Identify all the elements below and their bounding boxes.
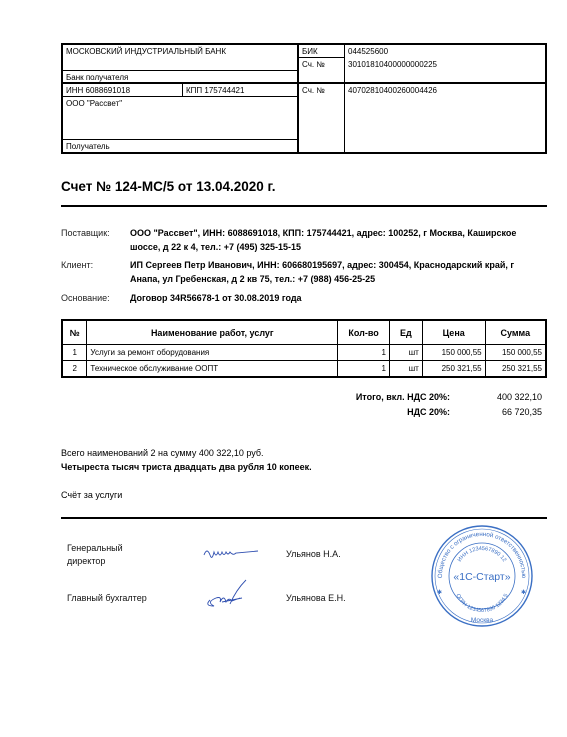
stamp-ogrn: ОГРН 1234567890 1234 5: [454, 593, 509, 614]
table-row: 1 Услуги за ремонт оборудования 1 шт 150…: [62, 345, 546, 361]
basis-label: Основание:: [61, 291, 110, 305]
account-label: Сч. №: [299, 84, 328, 97]
account-value: 40702810400260004426: [345, 84, 440, 97]
items-count-line: Всего наименований 2 на сумму 400 322,10…: [61, 448, 264, 458]
director-signature-icon: [200, 545, 266, 565]
row-unit: шт: [389, 361, 422, 378]
stamp-center: «1С-Старт»: [453, 571, 510, 583]
title-rule: [61, 205, 547, 207]
row-unit: шт: [389, 345, 422, 361]
basis-value: Договор 34R56678-1 от 30.08.2019 года: [130, 291, 540, 305]
supplier-value: ООО "Рассвет", ИНН: 6088691018, КПП: 175…: [130, 226, 540, 254]
row-price: 150 000,55: [422, 345, 485, 361]
svg-text:ОГРН 1234567890 1234 5: ОГРН 1234567890 1234 5: [454, 593, 509, 614]
total-row: Итого, вкл. НДС 20%: 400 322,10: [300, 392, 542, 404]
corr-account-label: Сч. №: [299, 58, 328, 71]
amount-in-words: Четыреста тысяч триста двадцать два рубл…: [61, 462, 312, 472]
accountant-label: Главный бухгалтер: [67, 593, 147, 603]
row-name: Техническое обслуживание ООПТ: [87, 361, 338, 378]
row-number: 1: [62, 345, 87, 361]
row-qty: 1: [338, 361, 390, 378]
bank-name: МОСКОВСКИЙ ИНДУСТРИАЛЬНЫЙ БАНК: [63, 45, 229, 58]
total-value: 400 322,10: [497, 392, 542, 402]
vat-label: НДС 20%:: [407, 407, 450, 417]
company-stamp-icon: Общество с ограниченной ответственностью…: [428, 522, 536, 630]
stamp-city: Москва: [471, 617, 494, 624]
row-sum: 250 321,55: [485, 361, 546, 378]
table-header-row: № Наименование работ, услуг Кол-во Ед Це…: [62, 320, 546, 345]
invoice-title: Счет № 124-МС/5 от 13.04.2020 г.: [61, 179, 276, 194]
signature-rule: [61, 517, 547, 519]
col-header-sum: Сумма: [485, 320, 546, 345]
row-qty: 1: [338, 345, 390, 361]
client-value: ИП Сергеев Петр Иванович, ИНН: 606680195…: [130, 258, 540, 286]
bank-details-table: МОСКОВСКИЙ ИНДУСТРИАЛЬНЫЙ БАНК Банк полу…: [61, 43, 547, 154]
row-price: 250 321,55: [422, 361, 485, 378]
corr-account-value: 30101810400000000225: [345, 58, 440, 71]
accountant-signature-icon: [202, 578, 258, 610]
inn: ИНН 6088691018: [63, 84, 133, 97]
invoice-note: Счёт за услуги: [61, 490, 122, 500]
col-header-price: Цена: [422, 320, 485, 345]
row-sum: 150 000,55: [485, 345, 546, 361]
director-name: Ульянов Н.А.: [286, 549, 341, 559]
director-label-line-2: директор: [67, 555, 123, 568]
col-header-unit: Ед: [389, 320, 422, 345]
vat-row: НДС 20%: 66 720,35: [300, 407, 542, 419]
supplier-label: Поставщик:: [61, 226, 110, 240]
client-label: Клиент:: [61, 258, 93, 272]
col-header-number: №: [62, 320, 87, 345]
total-label: Итого, вкл. НДС 20%:: [356, 392, 450, 402]
kpp: КПП 175744421: [183, 84, 247, 97]
stamp-star-icon: ✱: [437, 589, 442, 596]
director-label-line-1: Генеральный: [67, 542, 123, 555]
recipient-name: ООО "Рассвет": [63, 97, 125, 110]
row-name: Услуги за ремонт оборудования: [87, 345, 338, 361]
vat-value: 66 720,35: [502, 407, 542, 417]
bik-label: БИК: [299, 45, 321, 58]
col-header-name: Наименование работ, услуг: [87, 320, 338, 345]
recipient-label: Получатель: [63, 140, 113, 153]
bank-label: Банк получателя: [63, 71, 131, 84]
bik-value: 044525600: [345, 45, 391, 58]
director-label: Генеральный директор: [67, 542, 123, 568]
items-table: № Наименование работ, услуг Кол-во Ед Це…: [61, 319, 547, 378]
col-header-qty: Кол-во: [338, 320, 390, 345]
stamp-star-icon: ✱: [521, 589, 526, 596]
accountant-name: Ульянова Е.Н.: [286, 593, 346, 603]
table-row: 2 Техническое обслуживание ООПТ 1 шт 250…: [62, 361, 546, 378]
row-number: 2: [62, 361, 87, 378]
